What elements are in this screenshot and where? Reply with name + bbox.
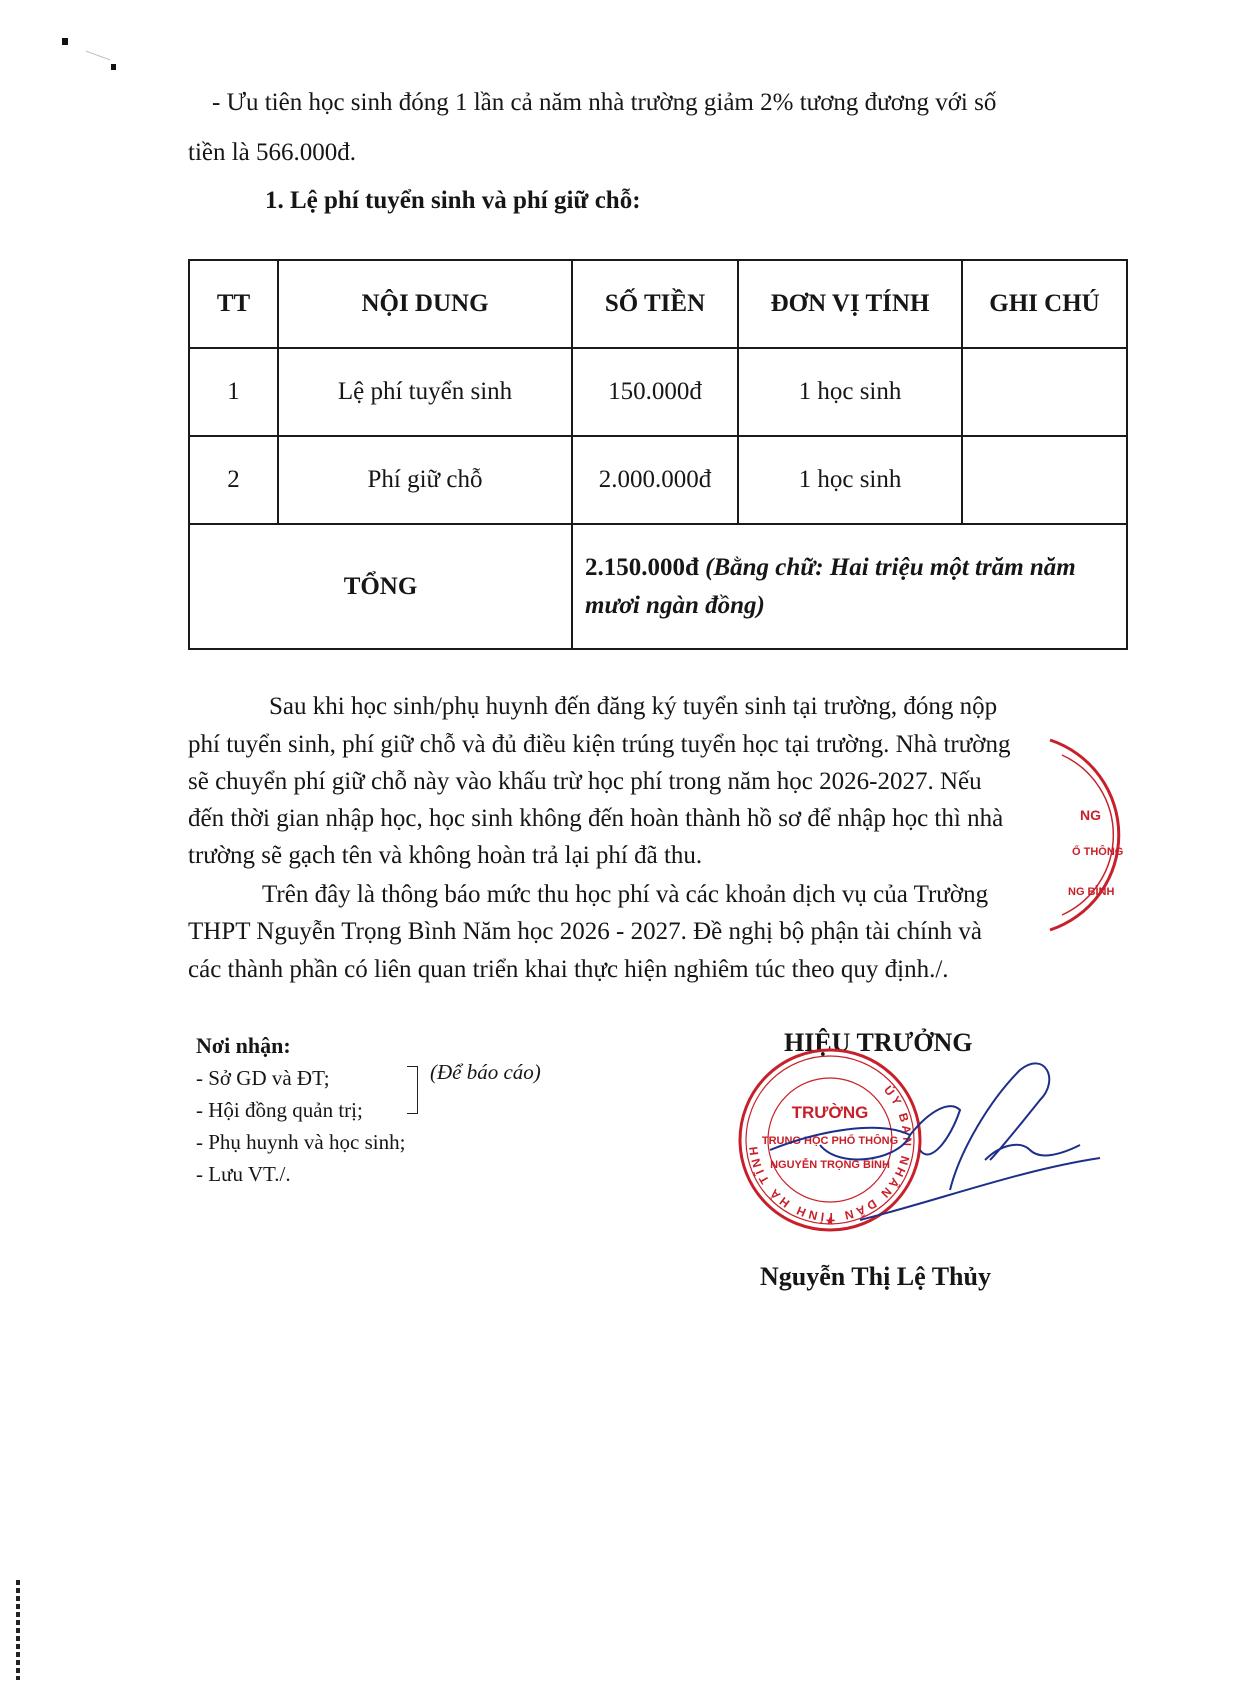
cell-note (962, 348, 1127, 436)
paragraph-1-line: phí tuyển sinh, phí giữ chỗ và đủ điều k… (188, 730, 1011, 760)
cell-tt: 1 (189, 348, 278, 436)
cell-unit: 1 học sinh (738, 436, 962, 524)
header-amount: SỐ TIỀN (572, 260, 738, 348)
intro-line-2: tiền là 566.000đ. (188, 138, 356, 168)
paragraph-2-line: THPT Nguyễn Trọng Bình Năm học 2026 - 20… (188, 917, 982, 947)
header-content: NỘI DUNG (278, 260, 572, 348)
table-row: 2 Phí giữ chỗ 2.000.000đ 1 học sinh (189, 436, 1127, 524)
paragraph-1-line: đến thời gian nhập học, học sinh không đ… (188, 804, 1003, 834)
recipients-brace (407, 1066, 418, 1114)
cell-unit: 1 học sinh (738, 348, 962, 436)
header-note: GHI CHÚ (962, 260, 1127, 348)
cell-content: Lệ phí tuyển sinh (278, 348, 572, 436)
section-heading: 1. Lệ phí tuyển sinh và phí giữ chỗ: (265, 186, 641, 216)
total-amount: 2.150.000đ (585, 554, 699, 581)
recipient-item: - Phụ huynh và học sinh; (196, 1126, 405, 1158)
handwritten-signature (760, 1040, 1120, 1230)
page-seal-stamp: NG Ổ THÔNG NG BÌNH (1040, 730, 1190, 940)
cell-amount: 2.000.000đ (572, 436, 738, 524)
recipient-item: - Hội đồng quản trị; (196, 1094, 405, 1126)
cell-tt: 2 (189, 436, 278, 524)
svg-text:NG BÌNH: NG BÌNH (1068, 885, 1115, 898)
table-header-row: TT NỘI DUNG SỐ TIỀN ĐƠN VỊ TÍNH GHI CHÚ (189, 260, 1127, 348)
scan-artifact (62, 38, 68, 45)
fee-table: TT NỘI DUNG SỐ TIỀN ĐƠN VỊ TÍNH GHI CHÚ … (188, 259, 1128, 650)
total-value: 2.150.000đ (Bằng chữ: Hai triệu một trăm… (572, 524, 1127, 649)
cell-amount: 150.000đ (572, 348, 738, 436)
intro-line-1: - Ưu tiên học sinh đóng 1 lần cả năm nhà… (212, 88, 996, 118)
recipients-bracket-note: (Để báo cáo) (430, 1060, 541, 1085)
header-tt: TT (189, 260, 278, 348)
total-label: TỔNG (189, 524, 572, 649)
paragraph-2-line: các thành phần có liên quan triển khai t… (188, 955, 949, 985)
recipient-item: - Lưu VT./. (196, 1158, 405, 1190)
signer-name: Nguyễn Thị Lệ Thủy (760, 1262, 991, 1292)
header-unit: ĐƠN VỊ TÍNH (738, 260, 962, 348)
recipients-title: Nơi nhận: (196, 1030, 405, 1062)
svg-text:Ổ THÔNG: Ổ THÔNG (1072, 845, 1123, 858)
table-row: 1 Lệ phí tuyển sinh 150.000đ 1 học sinh (189, 348, 1127, 436)
paragraph-2-line: Trên đây là thông báo mức thu học phí và… (262, 880, 988, 910)
paragraph-1-line: Sau khi học sinh/phụ huynh đến đăng ký t… (269, 692, 997, 722)
recipients-block: Nơi nhận: - Sở GD và ĐT; - Hội đồng quản… (196, 1030, 405, 1190)
cell-content: Phí giữ chỗ (278, 436, 572, 524)
paragraph-1-line: sẽ chuyển phí giữ chỗ này vào khấu trừ h… (188, 767, 982, 797)
scan-edge-mark (16, 1580, 20, 1680)
recipient-item: - Sở GD và ĐT; (196, 1062, 405, 1094)
paragraph-1-line: trường sẽ gạch tên và không hoàn trả lại… (188, 841, 702, 871)
scan-artifact (86, 51, 111, 61)
cell-note (962, 436, 1127, 524)
table-total-row: TỔNG 2.150.000đ (Bằng chữ: Hai triệu một… (189, 524, 1127, 649)
svg-text:NG: NG (1080, 807, 1101, 823)
scan-artifact (111, 64, 116, 70)
